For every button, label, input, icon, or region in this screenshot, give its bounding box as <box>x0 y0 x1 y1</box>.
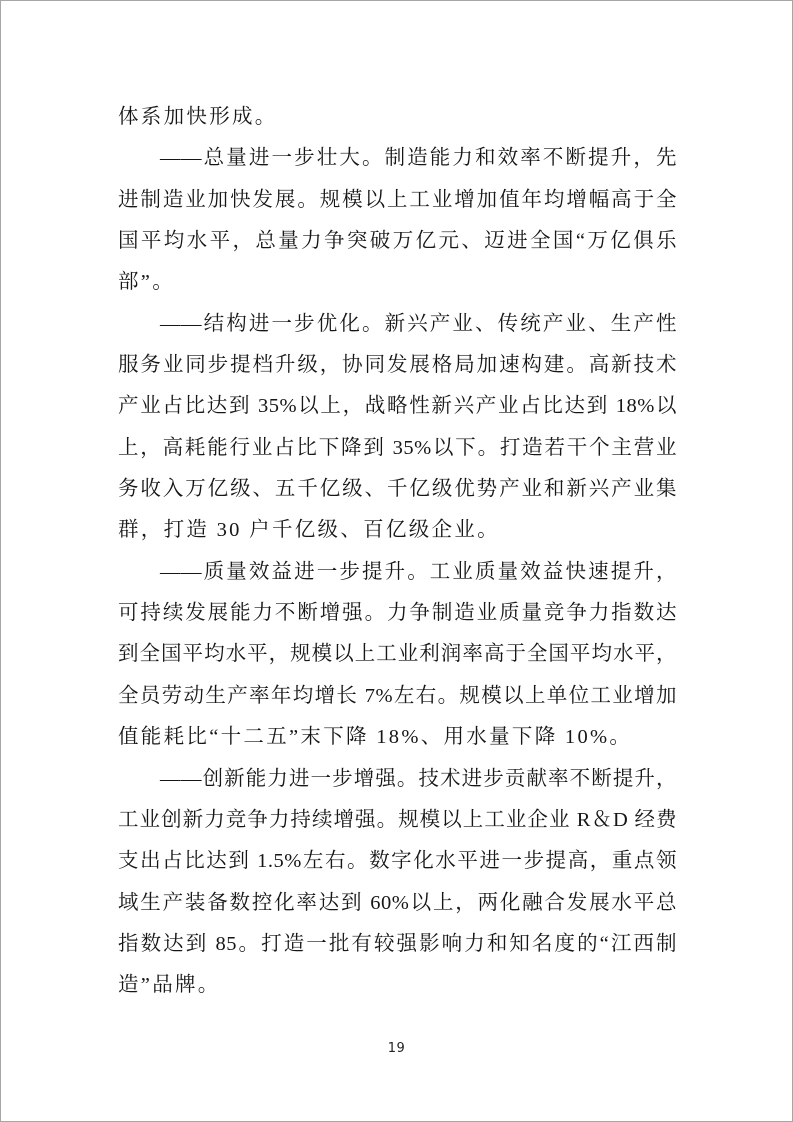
text-line: 到全国平均水平，规模以上工业利润率高于全国平均水平， <box>118 634 677 675</box>
text-line: 支出占比达到 1.5%左右。数字化水平进一步提高，重点领 <box>118 841 677 882</box>
paragraph: 体系加快形成。 <box>118 97 677 138</box>
text-line: ——质量效益进一步提升。工业质量效益快速提升， <box>118 552 677 593</box>
text-line: 产业占比达到 35%以上，战略性新兴产业占比达到 18%以 <box>118 386 677 427</box>
document-body: 体系加快形成。 ——总量进一步壮大。制造能力和效率不断提升，先 进制造业加快发展… <box>118 97 677 1007</box>
text-line: 造”品牌。 <box>118 965 677 1006</box>
text-line: 工业创新力竞争力持续增强。规模以上工业企业 R＆D 经费 <box>118 800 677 841</box>
text-line: 域生产装备数控化率达到 60%以上，两化融合发展水平总 <box>118 883 677 924</box>
paragraph: ——总量进一步壮大。制造能力和效率不断提升，先 进制造业加快发展。规模以上工业增… <box>118 138 677 303</box>
text-line: 部”。 <box>118 262 677 303</box>
text-line: 全员劳动生产率年均增长 7%左右。规模以上单位工业增加 <box>118 676 677 717</box>
page-number: 19 <box>1 1041 792 1056</box>
text-line: 可持续发展能力不断增强。力争制造业质量竞争力指数达 <box>118 593 677 634</box>
paragraph: ——结构进一步优化。新兴产业、传统产业、生产性 服务业同步提档升级，协同发展格局… <box>118 304 677 552</box>
document-page: 体系加快形成。 ——总量进一步壮大。制造能力和效率不断提升，先 进制造业加快发展… <box>0 0 793 1122</box>
paragraph: ——质量效益进一步提升。工业质量效益快速提升， 可持续发展能力不断增强。力争制造… <box>118 552 677 759</box>
text-line: ——结构进一步优化。新兴产业、传统产业、生产性 <box>118 304 677 345</box>
paragraph: ——创新能力进一步增强。技术进步贡献率不断提升， 工业创新力竞争力持续增强。规模… <box>118 759 677 1007</box>
text-line: 值能耗比“十二五”末下降 18%、用水量下降 10%。 <box>118 717 677 758</box>
text-line: 国平均水平，总量力争突破万亿元、迈进全国“万亿俱乐 <box>118 221 677 262</box>
text-line: 务收入万亿级、五千亿级、千亿级优势产业和新兴产业集 <box>118 469 677 510</box>
text-line: 群，打造 30 户千亿级、百亿级企业。 <box>118 510 677 551</box>
text-line: 上，高耗能行业占比下降到 35%以下。打造若干个主营业 <box>118 428 677 469</box>
text-line: ——总量进一步壮大。制造能力和效率不断提升，先 <box>118 138 677 179</box>
text-line: 服务业同步提档升级，协同发展格局加速构建。高新技术 <box>118 345 677 386</box>
text-line: ——创新能力进一步增强。技术进步贡献率不断提升， <box>118 759 677 800</box>
text-line: 体系加快形成。 <box>118 97 677 138</box>
text-line: 指数达到 85。打造一批有较强影响力和知名度的“江西制 <box>118 924 677 965</box>
text-line: 进制造业加快发展。规模以上工业增加值年均增幅高于全 <box>118 180 677 221</box>
